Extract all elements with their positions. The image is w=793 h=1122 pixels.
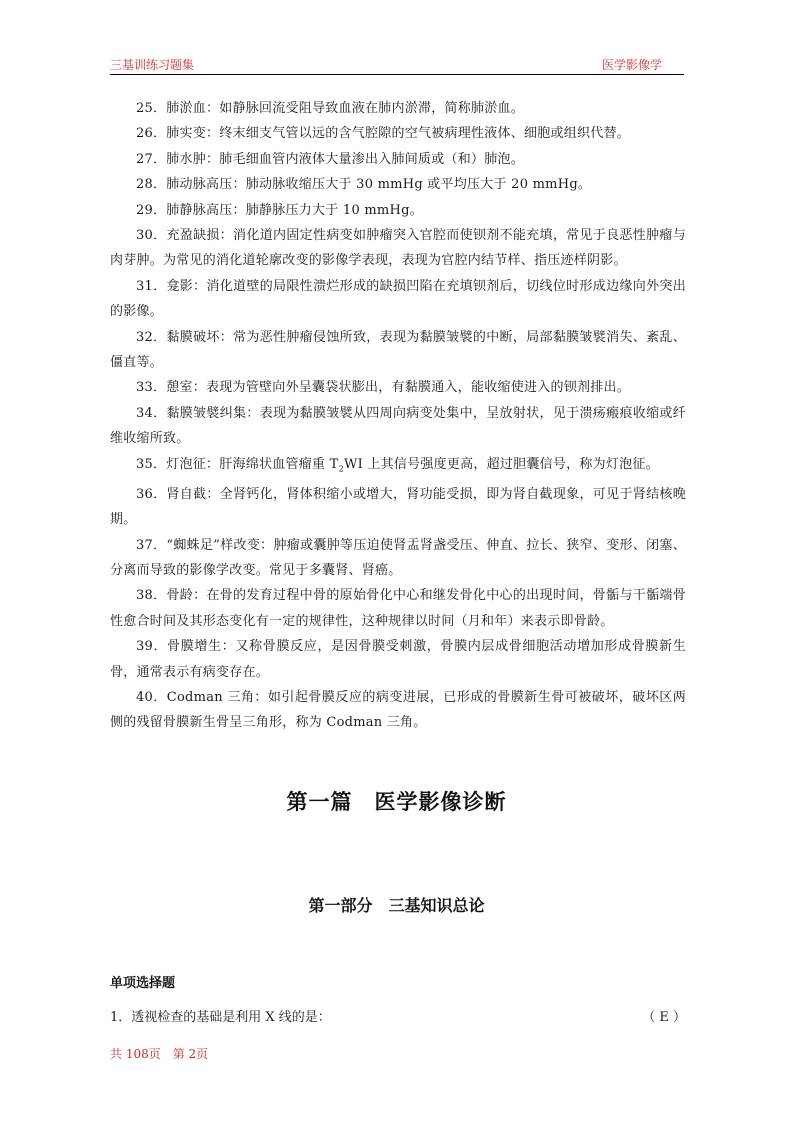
page-footer: 共 108页 第 2页 <box>110 1045 208 1062</box>
definition-item: 26．肺实变：终末细支气管以远的含气腔隙的空气被病理性液体、细胞或组织代替。 <box>110 121 686 146</box>
definition-item: 33．憩室：表现为管壁向外呈囊袋状膨出，有黏膜通入，能收缩使进入的钡剂排出。 <box>110 375 686 400</box>
definition-item: 36．肾自截：全肾钙化，肾体积缩小或增大，肾功能受损，即为肾自截现象，可见于肾结… <box>110 482 686 533</box>
definition-item: 35．灯泡征：肝海绵状血管瘤重 T2WI 上其信号强度更高，超过胆囊信号，称为灯… <box>110 452 686 482</box>
question-answer: （ E ） <box>642 1006 686 1025</box>
definition-item: 29．肺静脉高压：肺静脉压力大于 10 mmHg。 <box>110 198 686 223</box>
section-heading: 单项选择题 <box>110 972 175 991</box>
question-item: 1．透视检查的基础是利用 X 线的是： （ E ） <box>110 1006 686 1025</box>
definition-item: 28．肺动脉高压：肺动脉收缩压大于 30 mmHg 或平均压大于 20 mmHg… <box>110 172 686 197</box>
definition-text-post: WI 上其信号强度更高，超过胆囊信号，称为灯泡征。 <box>344 457 659 472</box>
definition-item: 38．骨龄：在骨的发育过程中骨的原始骨化中心和继发骨化中心的出现时间，骨骺与干骺… <box>110 583 686 634</box>
definitions-list: 25．肺淤血：如静脉回流受阻导致血液在肺内淤滞，简称肺淤血。 26．肺实变：终末… <box>110 96 686 736</box>
definition-item: 40．Codman 三角：如引起骨膜反应的病变进展，已形成的骨膜新生骨可被破坏，… <box>110 685 686 736</box>
document-page: 三基训练习题集 医学影像学 25．肺淤血：如静脉回流受阻导致血液在肺内淤滞，简称… <box>0 0 793 1122</box>
definition-item: 34．黏膜皱襞纠集：表现为黏膜皱襞从四周向病变处集中，呈放射状，见于溃疡瘢痕收缩… <box>110 401 686 452</box>
definition-item: 30．充盈缺损：消化道内固定性病变如肿瘤突入官腔而使钡剂不能充填，常见于良恶性肿… <box>110 223 686 274</box>
header-right-title: 医学影像学 <box>602 58 662 74</box>
part-title: 第一部分 三基知识总论 <box>0 893 793 916</box>
definition-item: 39．骨膜增生：又称骨膜反应，是因骨膜受刺激，骨膜内层成骨细胞活动增加形成骨膜新… <box>110 634 686 685</box>
definition-item: 27．肺水肿：肺毛细血管内液体大量渗出入肺间质或（和）肺泡。 <box>110 147 686 172</box>
definition-text-pre: 35．灯泡征：肝海绵状血管瘤重 T <box>136 457 339 472</box>
chapter-title: 第一篇 医学影像诊断 <box>0 786 793 816</box>
definition-item: 37．“蜘蛛足”样改变：肿瘤或囊肿等压迫使肾盂肾盏受压、伸直、拉长、狭窄、变形、… <box>110 533 686 584</box>
definition-item: 25．肺淤血：如静脉回流受阻导致血液在肺内淤滞，简称肺淤血。 <box>110 96 686 121</box>
question-text: 1．透视检查的基础是利用 X 线的是： <box>110 1006 331 1025</box>
header-left-title: 三基训练习题集 <box>110 58 194 74</box>
page-header: 三基训练习题集 医学影像学 <box>110 56 684 75</box>
definition-item: 32．黏膜破坏：常为恶性肿瘤侵蚀所致，表现为黏膜皱襞的中断，局部黏膜皱襞消失、紊… <box>110 325 686 376</box>
definition-item: 31．龛影：消化道壁的局限性溃烂形成的缺损凹陷在充填钡剂后，切线位时形成边缘向外… <box>110 274 686 325</box>
